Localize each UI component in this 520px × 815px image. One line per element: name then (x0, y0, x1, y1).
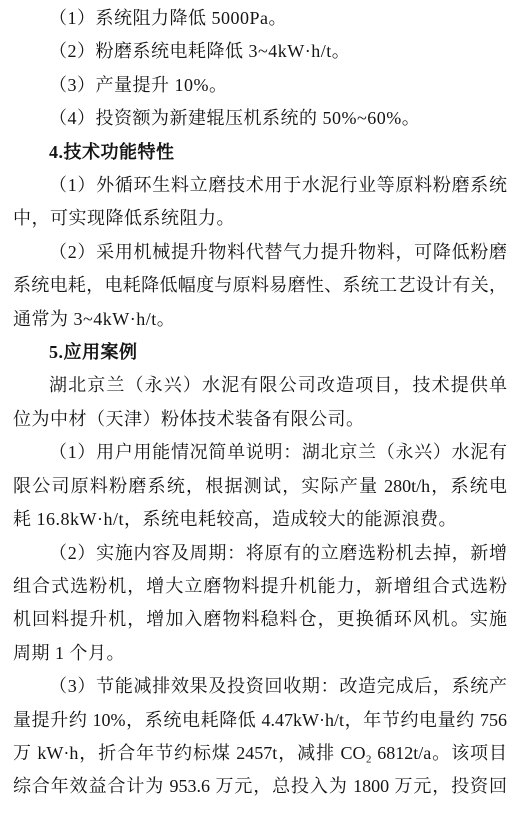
text-line: 系统电耗，电耗降低幅度与原料易磨性、系统工艺设计有关， (13, 269, 507, 302)
text-line: （2）粉磨系统电耗降低 3~4kW·h/t。 (13, 35, 507, 68)
paragraph: （2）采用机械提升物料代替气力提升物料，可降低粉磨系统电耗，电耗降低幅度与原料易… (13, 236, 507, 336)
text-line: （4）投资额为新建辊压机系统的 50%~60%。 (13, 102, 507, 135)
text-line: （1）用户用能情况简单说明：湖北京兰（永兴）水泥有 (13, 436, 507, 469)
text-line: 综合年效益合计为 953.6 万元，总投入为 1800 万元，投资回 (13, 770, 507, 803)
text-line: 耗 16.8kW·h/t，系统电耗较高，造成较大的能源浪费。 (13, 503, 507, 536)
paragraph: （4）投资额为新建辊压机系统的 50%~60%。 (13, 102, 507, 135)
paragraph: （3）产量提升 10%。 (13, 69, 507, 102)
text-line: 位为中材（天津）粉体技术装备有限公司。 (13, 403, 507, 436)
section-heading: 5.应用案例 (13, 336, 507, 369)
paragraph: 湖北京兰（永兴）水泥有限公司改造项目，技术提供单位为中材（天津）粉体技术装备有限… (13, 369, 507, 436)
text-line: 量提升约 10%，系统电耗降低 4.47kW·h/t，年节约电量约 756 (13, 704, 507, 737)
text-line: 通常为 3~4kW·h/t。 (13, 303, 507, 336)
paragraph: （1）外循环生料立磨技术用于水泥行业等原料粉磨系统中，可实现降低系统阻力。 (13, 169, 507, 236)
paragraph: （1）系统阻力降低 5000Pa。 (13, 2, 507, 35)
paragraph: （1）用户用能情况简单说明：湖北京兰（永兴）水泥有限公司原料粉磨系统，根据测试，… (13, 436, 507, 536)
text-line: 组合式选粉机，增大立磨物料提升机能力，新增组合式选粉 (13, 570, 507, 603)
text-line: 机回料提升机，增加入磨物料稳料仓，更换循环风机。实施 (13, 603, 507, 636)
document-page: （1）系统阻力降低 5000Pa。（2）粉磨系统电耗降低 3~4kW·h/t。（… (0, 0, 520, 815)
text-line: 湖北京兰（永兴）水泥有限公司改造项目，技术提供单 (13, 369, 507, 402)
text-line: 限公司原料粉磨系统，根据测试，实际产量 280t/h，系统电 (13, 470, 507, 503)
text-line: （3）节能减排效果及投资回收期：改造完成后，系统产 (13, 670, 507, 703)
section-heading: 4.技术功能特性 (13, 136, 507, 169)
text-line: （3）产量提升 10%。 (13, 69, 507, 102)
paragraph: （2）实施内容及周期：将原有的立磨选粉机去掉，新增组合式选粉机，增大立磨物料提升… (13, 537, 507, 671)
text-line: （1）外循环生料立磨技术用于水泥行业等原料粉磨系统 (13, 169, 507, 202)
document-body: （1）系统阻力降低 5000Pa。（2）粉磨系统电耗降低 3~4kW·h/t。（… (13, 2, 507, 804)
text-line: 中，可实现降低系统阻力。 (13, 202, 507, 235)
text-line: （1）系统阻力降低 5000Pa。 (13, 2, 507, 35)
text-line: （2）采用机械提升物料代替气力提升物料，可降低粉磨 (13, 236, 507, 269)
text-line: （2）实施内容及周期：将原有的立磨选粉机去掉，新增 (13, 537, 507, 570)
heading-line: 5.应用案例 (13, 336, 507, 369)
paragraph: （3）节能减排效果及投资回收期：改造完成后，系统产量提升约 10%，系统电耗降低… (13, 670, 507, 804)
text-line: 周期 1 个月。 (13, 637, 507, 670)
heading-line: 4.技术功能特性 (13, 136, 507, 169)
paragraph: （2）粉磨系统电耗降低 3~4kW·h/t。 (13, 35, 507, 68)
text-line: 万 kW·h，折合年节约标煤 2457t，减排 CO₂ 6812t/a。该项目 (13, 737, 507, 770)
